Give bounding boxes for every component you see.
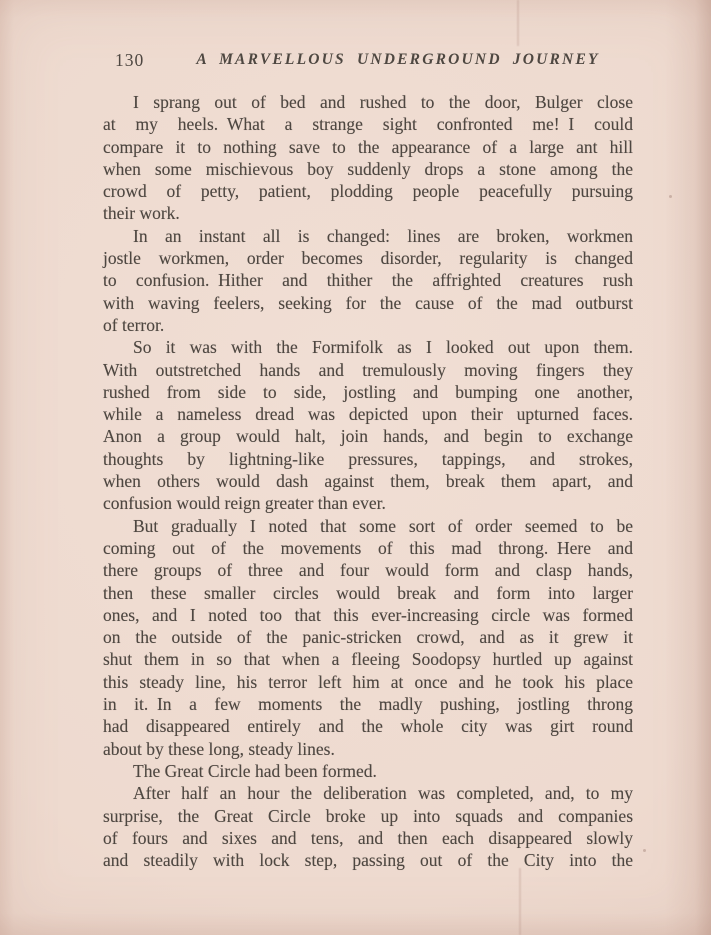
text-line: there groups of three and four would for… <box>103 559 633 581</box>
text-line: After half an hour the deliberation was … <box>103 782 633 804</box>
paper-speck <box>347 281 351 285</box>
page-header: 130 A MARVELLOUS UNDERGROUND JOURNEY <box>103 50 633 74</box>
running-title: A MARVELLOUS UNDERGROUND JOURNEY <box>163 51 633 69</box>
text-line: in it. In a few moments the madly pushin… <box>103 693 633 715</box>
scan-crease-top <box>517 0 519 46</box>
text-line: crowd of petty, patient, plodding people… <box>103 180 633 202</box>
text-line: Anon a group would halt, join hands, and… <box>103 425 633 447</box>
body-text: I sprang out of bed and rushed to the do… <box>103 91 633 871</box>
text-line: had disappeared entirely and the whole c… <box>103 715 633 737</box>
text-line: rushed from side to side, jostling and b… <box>103 381 633 403</box>
text-line: about by these long, steady lines. <box>103 738 633 760</box>
text-line: to confusion. Hither and thither the aff… <box>103 269 633 291</box>
text-line: at my heels. What a strange sight confro… <box>103 113 633 135</box>
text-line: jostle workmen, order becomes disorder, … <box>103 247 633 269</box>
scan-crease-bottom <box>519 868 521 935</box>
text-line: But gradually I noted that some sort of … <box>103 515 633 537</box>
text-line: In an instant all is changed: lines are … <box>103 225 633 247</box>
text-line: surprise, the Great Circle broke up into… <box>103 805 633 827</box>
text-line: confusion would reign greater than ever. <box>103 492 633 514</box>
text-line: I sprang out of bed and rushed to the do… <box>103 91 633 113</box>
text-line: their work. <box>103 202 633 224</box>
text-line: then these smaller circles would break a… <box>103 582 633 604</box>
text-line: coming out of the movements of this mad … <box>103 537 633 559</box>
text-line: thoughts by lightning-like pressures, ta… <box>103 448 633 470</box>
text-line: while a nameless dread was depicted upon… <box>103 403 633 425</box>
text-line: this steady line, his terror left him at… <box>103 671 633 693</box>
text-line: compare it to nothing save to the appear… <box>103 136 633 158</box>
book-page: 130 A MARVELLOUS UNDERGROUND JOURNEY I s… <box>0 0 711 935</box>
text-line: on the outside of the panic-stricken cro… <box>103 626 633 648</box>
text-line: With outstretched hands and tremulously … <box>103 359 633 381</box>
page-number: 130 <box>115 50 144 71</box>
text-line: The Great Circle had been formed. <box>103 760 633 782</box>
text-line: with waving feelers, seeking for the cau… <box>103 292 633 314</box>
paper-speck <box>643 849 646 852</box>
text-line: of fours and sixes and tens, and then ea… <box>103 827 633 849</box>
text-line: of terror. <box>103 314 633 336</box>
paper-speck <box>669 195 672 198</box>
text-line: when some mischievous boy suddenly drops… <box>103 158 633 180</box>
text-line: when others would dash against them, bre… <box>103 470 633 492</box>
text-line: and steadily with lock step, passing out… <box>103 849 633 871</box>
text-line: shut them in so that when a fleeing Sood… <box>103 648 633 670</box>
text-line: So it was with the Formifolk as I looked… <box>103 336 633 358</box>
text-line: ones, and I noted too that this ever-inc… <box>103 604 633 626</box>
